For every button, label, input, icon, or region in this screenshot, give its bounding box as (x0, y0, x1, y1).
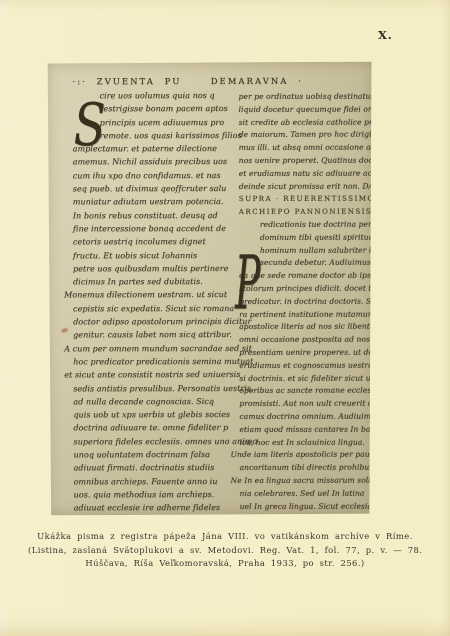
stain-speck (396, 94, 399, 97)
manuscript-line: cetoris uestriq incolumes dignet (73, 235, 239, 249)
manuscript-line: A cum per omnem mundum sacrandae sed sit (64, 342, 239, 356)
manuscript-line: de maiorum. Tamen pro hoc dirigi (239, 129, 371, 142)
manuscript-line: mus illi. ut absq omni occasione ad (239, 142, 371, 155)
manuscript-line: sedis antistis presulibus. Personatis ue… (73, 381, 239, 395)
caption-line: Ukážka pisma z registra pápeža Jána VIII… (28, 530, 422, 544)
manuscript-line: SUPRA · REUERENTISSIMO METHODIO (239, 193, 371, 206)
stain-speck (61, 327, 69, 333)
manuscript-line: sit credite ab ecclesia catholice profes… (239, 116, 371, 129)
manuscript-line: operibus ac sancte romane ecclesie credi… (239, 385, 371, 398)
manuscript-line: ad nulla decande cognoscias. Sicq (73, 395, 239, 409)
manuscript-line: camus doctrina omnium. Audiuimus (239, 410, 371, 423)
manuscript-line: omnibus archieps. Fauente anno iu (73, 475, 239, 489)
manuscript-line: fine intercessione bonaq accedent de (73, 222, 239, 236)
manuscript-line: nia celebrares. Sed uel In latina (240, 487, 372, 500)
manuscript-line: erudiamus et cognoscamus uestram (239, 359, 371, 372)
manuscript-line: adiuuat firmati. doctrinatis studiis (73, 461, 239, 475)
manuscript-line: promisisti. Aut non uult creuerit cognos (239, 398, 371, 411)
manuscript-line: fructu. Et uobis sicut Iohannis (73, 248, 239, 262)
manuscript-line: Monemus dilectionem uestram. ut sicut (64, 288, 239, 302)
manuscript-line: ARCHIEPO PANNONIENSIS ecclesie. (239, 206, 371, 219)
manuscript-line: ica, hoc est In sclauinica lingua. (239, 436, 371, 449)
manuscript-line: si doctrinis. et sic fideliter sicut uer… (239, 372, 371, 385)
manuscript-line: Unde iam literis apostolicis per paulum … (230, 449, 371, 462)
manuscript-line: adiuuat ecclesie ire adherne fideles (74, 501, 240, 515)
manuscript-line: redicationis tue doctrina perfectam (239, 219, 371, 232)
manuscript-line: superiora fideles ecclesiis. omnes uno a… (73, 435, 239, 449)
manuscript-line: genitur. causis labet nom sicq attribur. (73, 328, 239, 342)
manuscript-line: doctrina adiuuare te. omne fideliter p (73, 421, 239, 435)
manuscript-line: doctor adipso apostolorum principis dici… (73, 315, 239, 329)
manuscript-line: uel In greca lingua. Sicut ecclesia dei (240, 500, 372, 513)
figure-caption: Ukážka pisma z registra pápeža Jána VIII… (28, 530, 422, 571)
manuscript-line: liquid docetur quecumque fidei orthodoxe (239, 103, 371, 116)
manuscript-line: ancoritanum tibi directis prohibuimus. (239, 462, 371, 475)
manuscript-line: et sicut ante consistit nostris sed uniu… (64, 368, 239, 382)
manuscript-photo: ·:· ZVUENTA PU DEMARAVNA · S cire uos uo… (46, 62, 373, 516)
initial-letter-s: S (73, 96, 105, 155)
manuscript-line: quis uob ut xps uerbis ut glebis socies (73, 408, 239, 422)
manuscript-line: omni occasione postposita ad nos de (239, 334, 371, 347)
manuscript-line: hoc predicator predicationis semina mutu… (73, 355, 239, 369)
manuscript-line: deinde sicut promissa erit non. DATA UT (239, 180, 371, 193)
caption-line: Húščava, Ríša Veľkomoravská, Praha 1933,… (28, 557, 422, 571)
manuscript-line: unoq uoluntatem doctrinam falsa (73, 448, 239, 462)
manuscript-line: presentiam uenire properes. ut doctrina (239, 347, 371, 360)
manuscript-line: dicimus In partes sed dubitatis. (73, 275, 239, 289)
manuscript-line: et erudiamus natu sic adiuuare accepte (239, 167, 371, 180)
book-page: X. ·:· ZVUENTA PU DEMARAVNA · S cire uos… (0, 0, 450, 636)
initial-letter-p: P (235, 246, 261, 320)
manuscript-line: cepistis sic expedatis. Sicut sic romana (73, 302, 239, 316)
manuscript-line: cum ihu xpo dno confidamus. et nas (73, 169, 239, 183)
manuscript-left-column: ·:· ZVUENTA PU DEMARAVNA · S cire uos uo… (72, 74, 239, 515)
folio-number: X. (378, 28, 393, 42)
manuscript-line: uos. quia methodius iam archieps. (74, 488, 240, 502)
manuscript-line: seq pueb. ut diximus qeoffcruter salu (73, 182, 239, 196)
manuscript-line: muniatur adiutam uestram potencia. (73, 195, 239, 209)
manuscript-line: per pe ordinatus uobisq destinatus. A (238, 91, 370, 104)
manuscript-line: In bonis rebus constituat. deusq ad (73, 209, 239, 223)
manuscript-right-column: P per pe ordinatus uobisq destinatus. Al… (238, 91, 371, 514)
manuscript-line: nos uenire properet. Quatinus docte (239, 155, 371, 168)
manuscript-line: petre uos quibusdam multis pertinere (73, 262, 239, 276)
caption-line: (Listina, zaslaná Svätoplukovi a sv. Met… (28, 544, 422, 558)
manuscript-heading: ·:· ZVUENTA PU DEMARAVNA · (72, 74, 238, 89)
manuscript-line: etiam quod missas cantares In barbar (239, 423, 371, 436)
manuscript-line: Ne In ea lingua sacra missarum sollem (230, 474, 371, 487)
